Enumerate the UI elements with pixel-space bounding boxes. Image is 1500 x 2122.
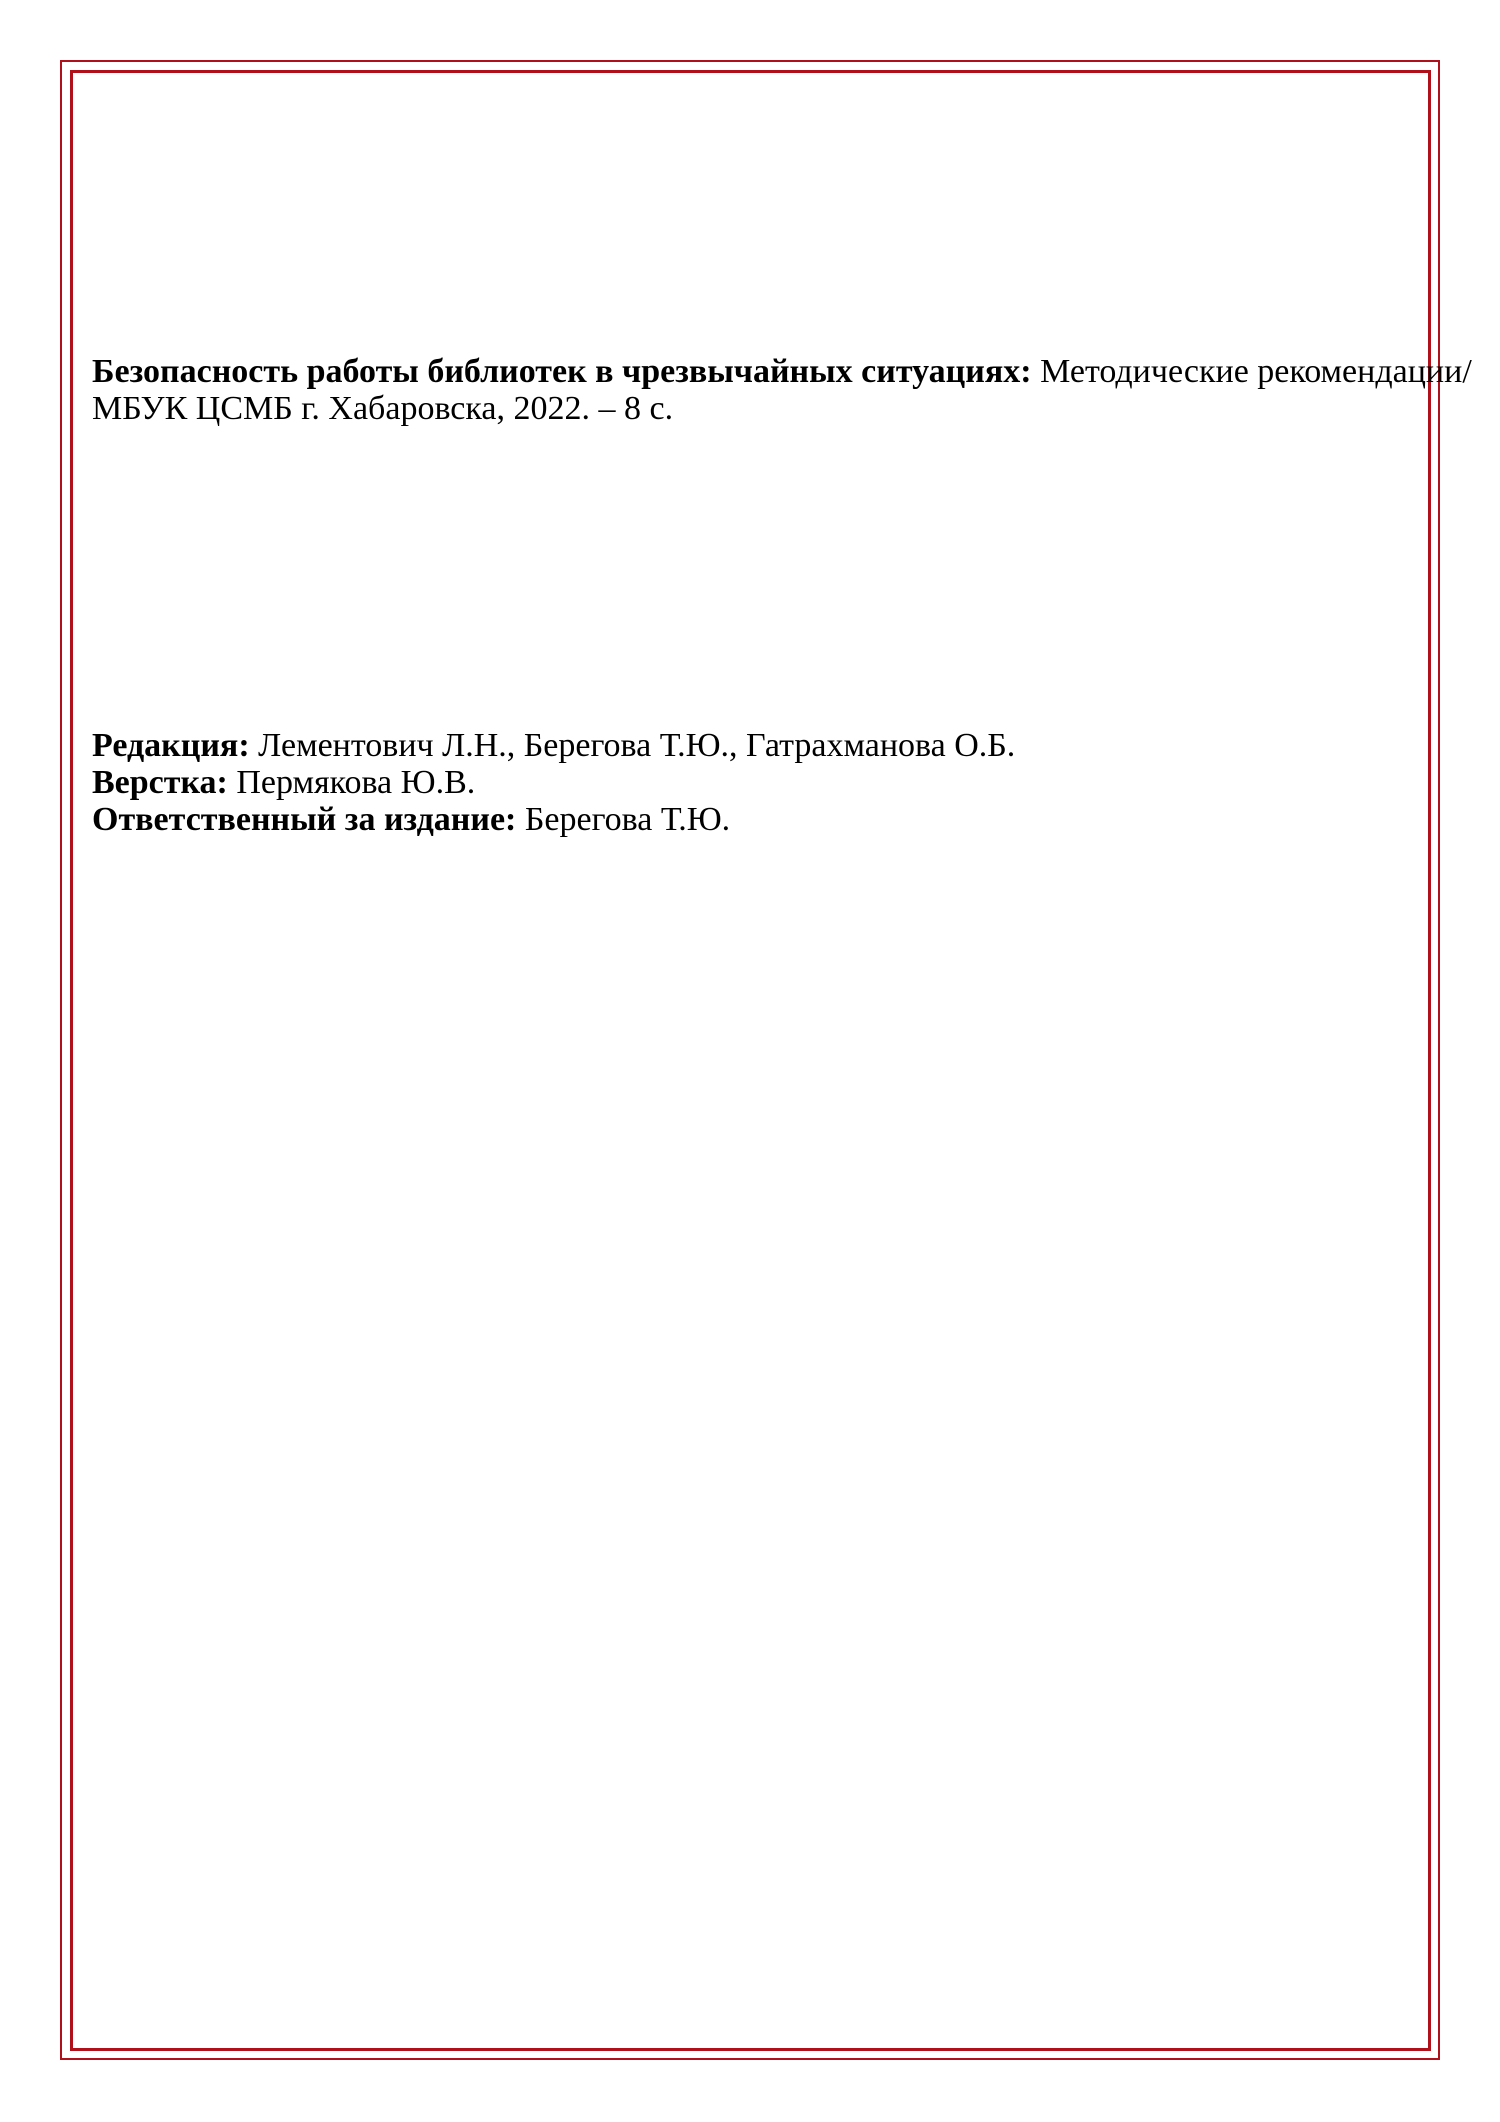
credit-label: Редакция: [92,727,250,764]
credit-label: Ответственный за издание: [92,801,516,838]
credit-value: Лементович Л.Н., Берегова Т.Ю., Гатрахма… [250,727,1016,764]
credits-block: Редакция: Лементович Л.Н., Берегова Т.Ю.… [92,727,1392,838]
bibliographic-citation: Безопасность работы библиотек в чрезвыча… [92,353,1392,427]
credit-responsible: Ответственный за издание: Берегова Т.Ю. [92,801,1392,838]
publication-type: Методические рекомендации/ [1032,353,1472,390]
credit-value: Берегова Т.Ю. [516,801,730,838]
publication-title: Безопасность работы библиотек в чрезвыча… [92,353,1032,390]
citation-line-1: Безопасность работы библиотек в чрезвыча… [92,353,1392,390]
credit-value: Пермякова Ю.В. [228,764,475,801]
credit-label: Верстка: [92,764,228,801]
credit-editors: Редакция: Лементович Л.Н., Берегова Т.Ю.… [92,727,1392,764]
citation-line-2: МБУК ЦСМБ г. Хабаровска, 2022. – 8 с. [92,390,1392,427]
credit-layout: Верстка: Пермякова Ю.В. [92,764,1392,801]
